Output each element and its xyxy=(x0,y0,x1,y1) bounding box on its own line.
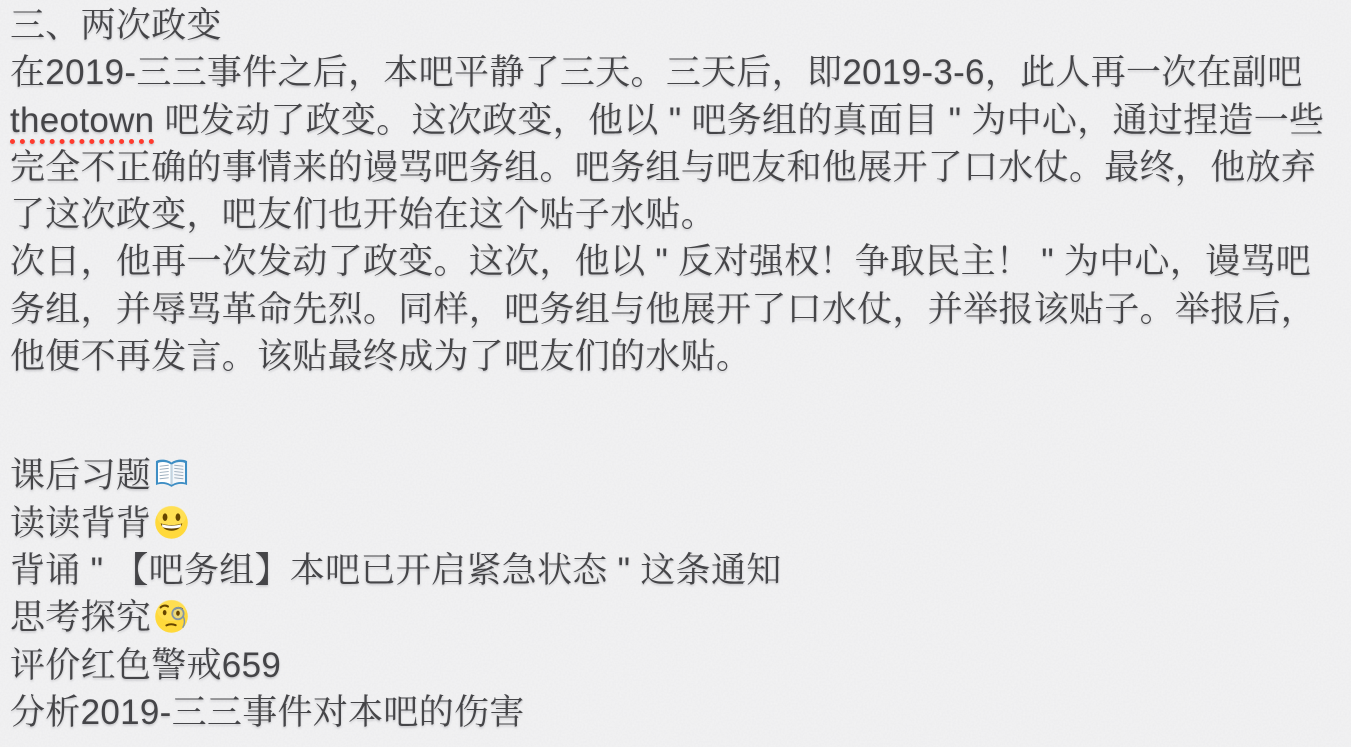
homework-item: 背诵 " 【吧务组】本吧已开启紧急状态 " 这条通知 xyxy=(10,547,1333,594)
paragraph-break xyxy=(10,380,1333,452)
misspelled-word: theotown xyxy=(10,101,154,140)
body-line: 次日，他再一次发动了政变。这次，他以 " 反对强权！争取民主！ " 为中心，谩骂… xyxy=(10,238,1333,285)
body-line: theotown 吧发动了政变。这次政变，他以 " 吧务组的真面目 " 为中心，… xyxy=(10,97,1333,144)
body-line: 他便不再发言。该贴最终成为了吧友们的水贴。 xyxy=(10,333,1333,380)
body-line-text: 吧发动了政变。这次政变，他以 " 吧务组的真面目 " 为中心，通过捏造一些 xyxy=(154,101,1324,140)
open-book-emoji xyxy=(153,456,190,493)
section-heading: 三、两次政变 xyxy=(10,2,1333,49)
body-line: 了这次政变，吧友们也开始在这个贴子水贴。 xyxy=(10,191,1333,238)
body-line: 完全不正确的事情来的谩骂吧务组。吧务组与吧友和他展开了口水仗。最终，他放弃 xyxy=(10,144,1333,191)
note-content: 三、两次政变 在2019-三三事件之后，本吧平静了三天。三天后，即2019-3-… xyxy=(0,0,1351,736)
homework-heading-text: 思考探究 xyxy=(10,598,151,637)
note-page: { "page": { "background_color": "#f3f3f4… xyxy=(0,0,1351,747)
monocle-face-emoji xyxy=(153,598,190,635)
homework-item: 评价红色警戒659 xyxy=(10,642,1333,689)
homework-item: 读读背背 xyxy=(10,500,1333,547)
body-line: 在2019-三三事件之后，本吧平静了三天。三天后，即2019-3-6，此人再一次… xyxy=(10,49,1333,96)
body-line: 务组，并辱骂革命先烈。同样，吧务组与他展开了口水仗，并举报该贴子。举报后， xyxy=(10,286,1333,333)
grinning-face-emoji xyxy=(153,504,190,541)
homework-heading: 课后习题 xyxy=(10,452,1333,499)
homework-heading-text: 课后习题 xyxy=(10,456,151,495)
homework-item: 分析2019-三三事件对本吧的伤害 xyxy=(10,689,1333,736)
homework-heading: 思考探究 xyxy=(10,594,1333,641)
homework-item-text: 读读背背 xyxy=(10,504,151,543)
